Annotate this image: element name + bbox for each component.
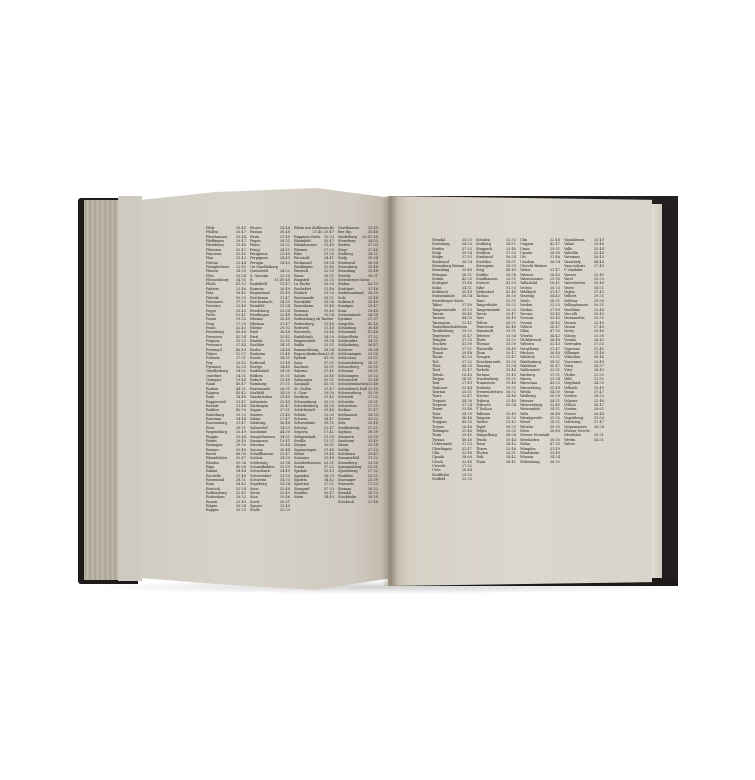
- entry-page-ref: 36.52: [550, 460, 560, 464]
- index-entry: Wittenberg36.52: [520, 460, 560, 464]
- entry-page-ref: 38.41: [506, 460, 516, 464]
- entry-page-ref: 31.48: [368, 500, 378, 504]
- index-column: Pfalz30.45Pfullen35.47Pfarrhausen33.44Pf…: [206, 226, 246, 513]
- index-entry: Stade32.53: [250, 508, 290, 512]
- entry-name: Vaters: [564, 442, 575, 446]
- index-column: Ulm32.48Ungarn42.47Unna29.51Upsala38.60U…: [520, 238, 560, 481]
- entry-name: Stein: [294, 495, 303, 499]
- page-block-left-top-sheet: [118, 196, 142, 581]
- index-column: Pesaro34.44Passau36.48Pavia31.45Pegau34.…: [250, 226, 290, 513]
- entry-name: Stockach: [338, 500, 354, 504]
- index-column: Vandalensis35.49Valais29.46Valle32.44Val…: [564, 238, 604, 481]
- index-column: Rhein mit Zuflüssen Bd.33.40.33.47Ruppin…: [294, 226, 334, 513]
- index-entry: Vaters: [564, 442, 604, 446]
- index-entry: Stockach31.48: [338, 500, 378, 504]
- entry-page-ref: 35.53: [236, 508, 246, 512]
- entry-name: Stade: [250, 508, 260, 512]
- entry-page-ref: 32.53: [280, 508, 290, 512]
- right-page-index-columns: Stendal35.53Sternberg34.53Stettin37.53St…: [432, 238, 604, 481]
- index-entry: Ruppin35.53: [206, 508, 246, 512]
- book-gutter: [382, 196, 398, 586]
- index-column: Gerdhausen33.49Ber. Bg.35.48Siedelburg30…: [338, 226, 378, 513]
- index-entry: Südfeld32.53: [432, 477, 472, 481]
- index-column: Stendal35.53Sternberg34.53Stettin37.53St…: [432, 238, 472, 481]
- index-column: Stöcken32.53Stolberg34.51Stoppach33.48St…: [476, 238, 516, 481]
- entry-name: Trani: [476, 460, 485, 464]
- photo-scene: Pfalz30.45Pfullen35.47Pfarrhausen33.44Pf…: [0, 0, 755, 780]
- entry-name: Wittenberg: [520, 460, 540, 464]
- entry-page-ref: 34.49: [324, 495, 334, 499]
- entry-name: Ruppin: [206, 508, 219, 512]
- left-page-index-columns: Pfalz30.45Pfullen35.47Pfarrhausen33.44Pf…: [206, 226, 378, 513]
- entry-name: Südfeld: [432, 477, 445, 481]
- index-entry: Stein34.49: [294, 495, 334, 499]
- entry-page-ref: 32.53: [462, 477, 472, 481]
- index-entry: Trani38.41: [476, 460, 516, 464]
